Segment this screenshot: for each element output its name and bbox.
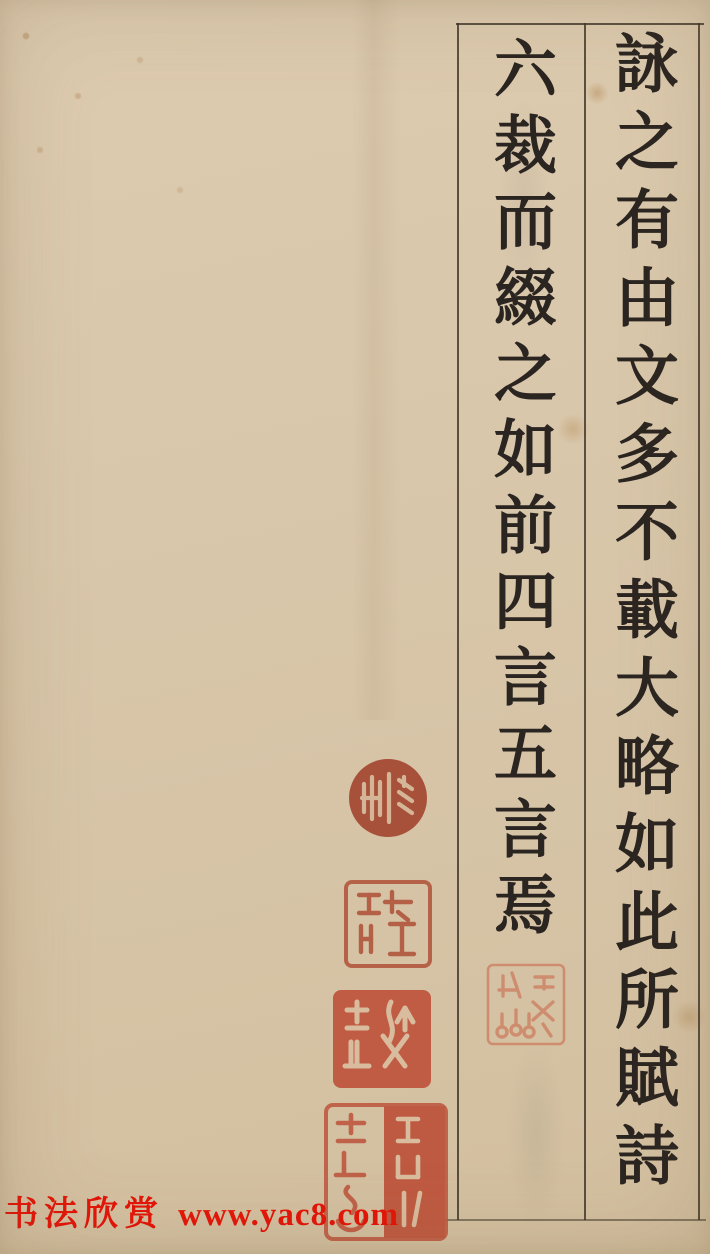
ruling-top-line <box>456 23 704 25</box>
faded-seal <box>485 962 567 1047</box>
ruling-right-line <box>698 23 700 1220</box>
paper-stain-streak <box>352 0 400 720</box>
paper-smudge <box>506 1040 566 1230</box>
calligraphy-column-2: 六裁而綴之如前四言五言焉 <box>458 36 584 966</box>
watermark-site-name: 书法欣赏 <box>4 1186 164 1235</box>
watermark: 书法欣赏 www.yac8.com <box>4 1186 399 1235</box>
calligraphy-column-1: 詠之有由文多不載大略如此所賦詩 <box>584 30 698 1225</box>
square-seal-upper <box>342 878 434 970</box>
square-seal-middle <box>331 988 433 1090</box>
calligraphy-album-leaf: 詠之有由文多不載大略如此所賦詩 六裁而綴之如前四言五言焉 <box>0 0 710 1254</box>
round-seal <box>347 757 429 839</box>
watermark-url: www.yac8.com <box>178 1197 399 1234</box>
paper-foxing-spots <box>0 0 220 240</box>
